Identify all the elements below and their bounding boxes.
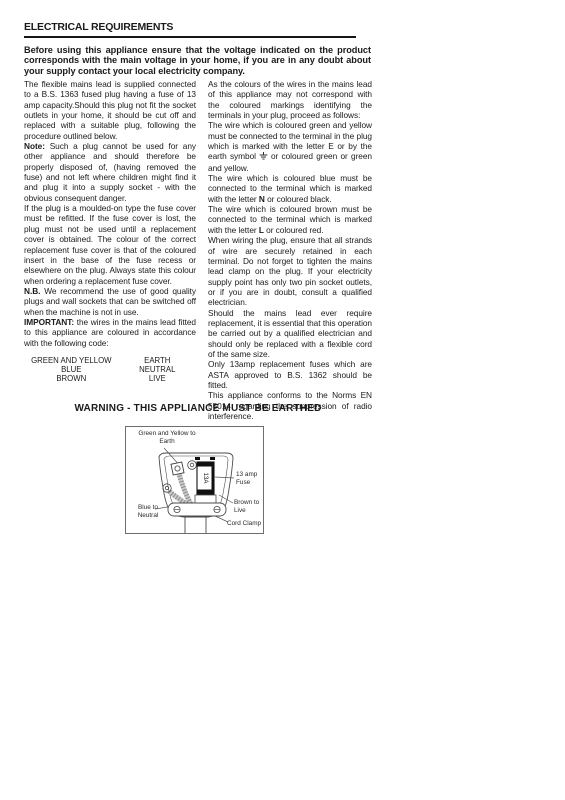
paragraph: Only 13amp replacement fuses which are A… [208,359,372,390]
paragraph: Note: Such a plug cannot be used for any… [24,141,196,203]
paragraph: When wiring the plug, ensure that all st… [208,235,372,307]
paragraph: The wire which is coloured brown must be… [208,204,372,235]
wire-code-table: GREEN AND YELLOW BLUE BROWN EARTH NEUTRA… [24,357,196,383]
right-column: As the colours of the wires in the mains… [208,79,372,421]
paragraph: The wire which is coloured green and yel… [208,120,372,173]
intro-paragraph: Before using this appliance ensure that … [24,45,371,76]
fuse-marking: 13A [202,473,208,484]
paragraph: Should the mains lead ever require repla… [208,308,372,360]
terminal-name: LIVE [119,375,196,384]
wire-name: BROWN [24,375,119,384]
label-fuse: 13 amp Fuse [236,471,262,487]
earth-symbol-icon [259,152,268,162]
earth-terminal [171,462,184,475]
nb-label: N.B. [24,286,40,296]
cord-clamp [168,503,226,516]
mains-cable [185,516,206,533]
body-columns: The flexible mains lead is supplied conn… [24,79,372,421]
label-cord-clamp: Cord Clamp [227,520,261,528]
plug-screw [188,461,197,470]
manual-page: ELECTRICAL REQUIREMENTS Before using thi… [0,0,565,800]
terminal-column: EARTH NEUTRAL LIVE [119,357,196,383]
page-title: ELECTRICAL REQUIREMENTS [24,21,356,33]
paragraph: IMPORTANT: the wires in the mains lead f… [24,317,196,348]
page-title-block: ELECTRICAL REQUIREMENTS [24,21,356,38]
paragraph: The flexible mains lead is supplied conn… [24,79,196,141]
paragraph: The wire which is coloured blue must be … [208,173,372,204]
label-earth-wire: Green and Yellow to Earth [134,430,200,446]
label-neutral-wire: Blue to Neutral [132,504,164,520]
label-live-wire: Brown to Live [234,499,264,515]
warning-heading: WARNING - THIS APPLIANCE MUST BE EARTHED [24,403,372,414]
important-label: IMPORTANT: [24,317,74,327]
fuse: 13A [195,457,216,506]
wiring-diagram: 13A Green and Yellow to Earth 13 amp Fus… [125,426,264,534]
wire-colour-column: GREEN AND YELLOW BLUE BROWN [24,357,119,383]
paragraph: N.B. We recommend the use of good qualit… [24,286,196,317]
neutral-terminal [163,484,171,492]
note-label: Note: [24,141,45,151]
left-column: The flexible mains lead is supplied conn… [24,79,196,421]
paragraph: If the plug is a moulded-on type the fus… [24,203,196,286]
paragraph: As the colours of the wires in the mains… [208,79,372,120]
